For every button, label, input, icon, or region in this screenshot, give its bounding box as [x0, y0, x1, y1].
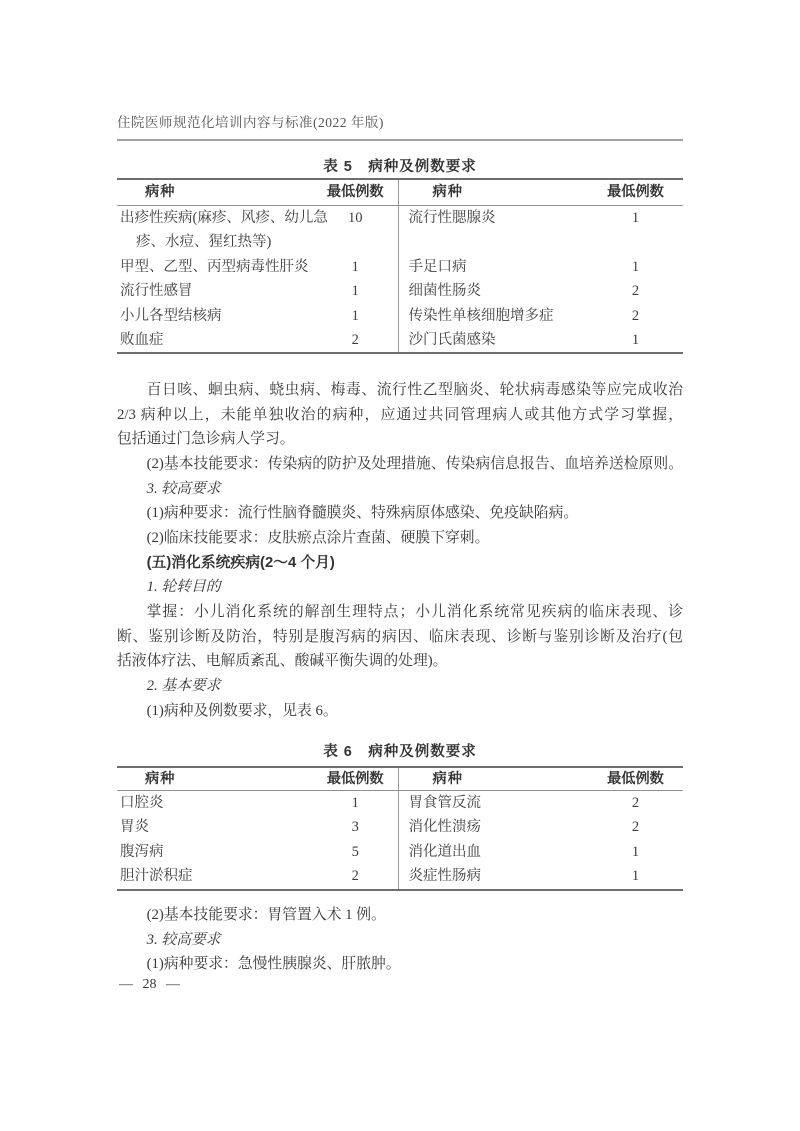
disease-cell: 传染性单核细胞增多症 [398, 304, 588, 328]
disease-cell: 手足口病 [398, 255, 588, 279]
disease-cell: 胃炎 [117, 815, 313, 839]
paragraph-line: 2/3 病种以上，未能单独收治的病种，应通过共同管理病人或其他方式学习掌握， [117, 403, 683, 428]
disease-name-line: 胃炎 [117, 815, 313, 839]
body-text-section: (2)基本技能要求：胃管置入术 1 例。3. 较高要求(1)病种要求：急慢性胰腺… [117, 903, 683, 977]
case-count-cell: 2 [313, 864, 398, 889]
table5-caption: 表 5 病种及例数要求 [117, 155, 683, 176]
disease-cell: 细菌性肠炎 [398, 279, 588, 303]
disease-cell: 流行性感冒 [117, 279, 313, 303]
paragraph-line: 断、鉴别诊断及防治，特别是腹泻病的病因、临床表现、诊断与鉴别诊断及治疗(包 [117, 625, 683, 650]
paragraph-line: (1)病种要求：流行性脑脊髓膜炎、特殊病原体感染、免疫缺陷病。 [117, 501, 683, 526]
disease-name-line: 疹、水痘、猩红热等) [117, 230, 313, 254]
disease-cell: 出疹性疾病(麻疹、风疹、幼儿急疹、水痘、猩红热等) [117, 206, 313, 255]
disease-name-line: 流行性感冒 [117, 279, 313, 303]
disease-cell: 腹泻病 [117, 840, 313, 864]
col-header-min-cases: 最低例数 [588, 767, 683, 791]
disease-cell: 炎症性肠病 [398, 864, 588, 889]
case-count-cell: 2 [588, 791, 683, 816]
table-row: 流行性感冒1细菌性肠炎2 [117, 279, 683, 303]
disease-name-line: 甲型、乙型、丙型病毒性肝炎 [117, 255, 313, 279]
paragraph-line: (2)基本技能要求：胃管置入术 1 例。 [117, 903, 683, 928]
disease-name-line: 出疹性疾病(麻疹、风疹、幼儿急 [117, 206, 313, 230]
table-row: 胃炎3消化性溃疡2 [117, 815, 683, 839]
body-text-section: 百日咳、蛔虫病、蛲虫病、梅毒、流行性乙型脑炎、轮状病毒感染等应完成收治2/3 病… [117, 378, 683, 723]
table6-caption: 表 6 病种及例数要求 [117, 740, 683, 761]
table-header-row: 病种 最低例数 病种 最低例数 [117, 179, 683, 206]
paragraph-line: 2. 基本要求 [117, 674, 683, 699]
case-count-cell: 1 [588, 255, 683, 279]
disease-cell: 口腔炎 [117, 791, 313, 816]
table-row: 口腔炎1胃食管反流2 [117, 791, 683, 816]
paragraph-line: (2)临床技能要求：皮肤瘀点涂片查菌、硬膜下穿刺。 [117, 526, 683, 551]
col-header-min-cases: 最低例数 [313, 767, 398, 791]
header-rule [117, 139, 683, 141]
paragraph-line: (2)基本技能要求：传染病的防护及处理措施、传染病信息报告、血培养送检原则。 [117, 452, 683, 477]
table5-body: 出疹性疾病(麻疹、风疹、幼儿急疹、水痘、猩红热等)10流行性腮腺炎1甲型、乙型、… [117, 206, 683, 354]
case-count-cell: 2 [588, 304, 683, 328]
table-row: 出疹性疾病(麻疹、风疹、幼儿急疹、水痘、猩红热等)10流行性腮腺炎1 [117, 206, 683, 255]
col-header-min-cases: 最低例数 [313, 179, 398, 206]
paragraph-line: 括液体疗法、电解质紊乱、酸碱平衡失调的处理)。 [117, 649, 683, 674]
col-header-disease: 病种 [117, 767, 313, 791]
case-count-cell: 1 [588, 840, 683, 864]
case-count-cell: 3 [313, 815, 398, 839]
table-header-row: 病种 最低例数 病种 最低例数 [117, 767, 683, 791]
col-header-disease: 病种 [117, 179, 313, 206]
paragraph-line: (1)病种要求：急慢性胰腺炎、肝脓肿。 [117, 952, 683, 977]
paragraph-line: 包括通过门急诊病人学习。 [117, 427, 683, 452]
disease-name-line: 小儿各型结核病 [117, 304, 313, 328]
running-header: 住院医师规范化培训内容与标准(2022 年版) [117, 114, 683, 132]
col-header-disease: 病种 [398, 179, 588, 206]
col-header-disease: 病种 [398, 767, 588, 791]
paragraph-line: (五)消化系统疾病(2～4 个月) [117, 551, 683, 576]
document-page: 住院医师规范化培训内容与标准(2022 年版) 表 5 病种及例数要求 病种 最… [0, 0, 800, 1131]
case-count-cell: 5 [313, 840, 398, 864]
disease-cell: 消化性溃疡 [398, 815, 588, 839]
disease-cell: 小儿各型结核病 [117, 304, 313, 328]
table6: 病种 最低例数 病种 最低例数 口腔炎1胃食管反流2胃炎3消化性溃疡2腹泻病5消… [117, 766, 683, 891]
disease-cell: 流行性腮腺炎 [398, 206, 588, 255]
table-row: 甲型、乙型、丙型病毒性肝炎1手足口病1 [117, 255, 683, 279]
case-count-cell: 1 [313, 791, 398, 816]
col-header-min-cases: 最低例数 [588, 179, 683, 206]
case-count-cell: 1 [313, 279, 398, 303]
disease-name-line: 腹泻病 [117, 840, 313, 864]
table6-body: 口腔炎1胃食管反流2胃炎3消化性溃疡2腹泻病5消化道出血1胆汁淤积症2炎症性肠病… [117, 791, 683, 890]
disease-name-line: 败血症 [117, 328, 313, 352]
disease-cell: 败血症 [117, 328, 313, 353]
table-row: 胆汁淤积症2炎症性肠病1 [117, 864, 683, 889]
disease-cell: 胃食管反流 [398, 791, 588, 816]
case-count-cell: 1 [313, 255, 398, 279]
disease-cell: 甲型、乙型、丙型病毒性肝炎 [117, 255, 313, 279]
page-number: — 28 — [119, 975, 180, 995]
disease-cell: 消化道出血 [398, 840, 588, 864]
case-count-cell: 1 [588, 864, 683, 889]
case-count-cell: 2 [588, 279, 683, 303]
paragraph-line: 1. 轮转目的 [117, 575, 683, 600]
table5: 病种 最低例数 病种 最低例数 出疹性疾病(麻疹、风疹、幼儿急疹、水痘、猩红热等… [117, 178, 683, 354]
disease-cell: 沙门氏菌感染 [398, 328, 588, 353]
case-count-cell: 2 [588, 815, 683, 839]
case-count-cell: 1 [313, 304, 398, 328]
table-row: 腹泻病5消化道出血1 [117, 840, 683, 864]
table-row: 败血症2沙门氏菌感染1 [117, 328, 683, 353]
paragraph-line: 百日咳、蛔虫病、蛲虫病、梅毒、流行性乙型脑炎、轮状病毒感染等应完成收治 [117, 378, 683, 403]
disease-name-line: 口腔炎 [117, 791, 313, 815]
paragraph-line: 3. 较高要求 [117, 928, 683, 953]
case-count-cell: 1 [588, 328, 683, 353]
case-count-cell: 1 [588, 206, 683, 255]
table-row: 小儿各型结核病1传染性单核细胞增多症2 [117, 304, 683, 328]
paragraph-line: 掌握：小儿消化系统的解剖生理特点；小儿消化系统常见疾病的临床表现、诊 [117, 600, 683, 625]
case-count-cell: 2 [313, 328, 398, 353]
disease-name-line: 胆汁淤积症 [117, 864, 313, 888]
disease-cell: 胆汁淤积症 [117, 864, 313, 889]
paragraph-line: (1)病种及例数要求，见表 6。 [117, 699, 683, 724]
paragraph-line: 3. 较高要求 [117, 477, 683, 502]
